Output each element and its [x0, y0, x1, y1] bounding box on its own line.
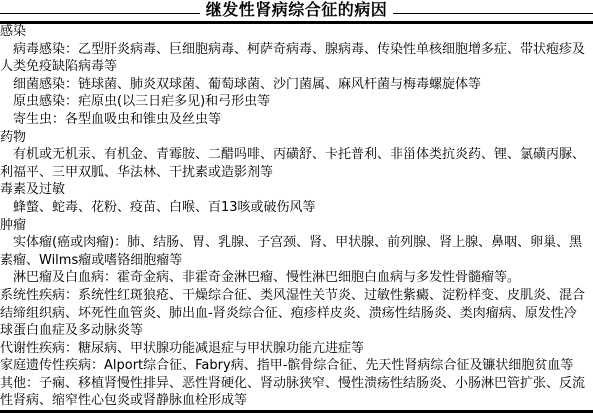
document-page: 继发性肾病综合征的病因 感染病毒感染：乙型肝炎病毒、巨细胞病毒、柯萨奇病毒、腺病… — [0, 0, 593, 417]
page-title: 继发性肾病综合征的病因 — [200, 0, 394, 19]
item-row: 病毒感染：乙型肝炎病毒、巨细胞病毒、柯萨奇病毒、腺病毒、传染性单核细胞增多症、带… — [0, 41, 593, 59]
item-row: 淋巴瘤及白血病：霍奇金病、非霍奇金淋巴瘤、慢性淋巴细胞白血病与多发性骨髓瘤等。 — [0, 269, 593, 287]
table-bottom-rule — [0, 410, 593, 413]
continuation-row: 素瘤、Wilms瘤或嗜铬细胞瘤等 — [0, 252, 593, 270]
section-header-row: 药物 — [0, 129, 593, 147]
continuation-row: 结缔组织病、坏死性血管炎、肺出血-肾炎综合征、疱疹样皮炎、溃疡性结肠炎、类肉瘤病… — [0, 305, 593, 323]
section-header-row: 感染 — [0, 23, 593, 41]
continuation-row: 性肾病、缩窄性心包炎或肾静脉血栓形成等 — [0, 392, 593, 410]
table-body: 感染病毒感染：乙型肝炎病毒、巨细胞病毒、柯萨奇病毒、腺病毒、传染性单核细胞增多症… — [0, 23, 593, 410]
section-header-row: 毒素及过敏 — [0, 181, 593, 199]
item-row: 细菌感染：链球菌、肺炎双球菌、葡萄球菌、沙门菌属、麻风杆菌与梅毒螺旋体等 — [0, 76, 593, 94]
continuation-row: 人类免疫缺陷病毒等 — [0, 58, 593, 76]
item-row: 代谢性疾病：糖尿病、甲状腺功能减退症与甲状腺功能亢进症等 — [0, 340, 593, 358]
item-row: 家庭遗传性疾病：Alport综合征、Fabry病、指甲-髌骨综合征、先天性肾病综… — [0, 357, 593, 375]
section-header-row: 肿瘤 — [0, 217, 593, 235]
continuation-row: 利福平、三甲双胍、华法林、干扰素或造影剂等 — [0, 164, 593, 182]
item-row: 原虫感染：疟原虫(以三日疟多见)和弓形虫等 — [0, 93, 593, 111]
item-row: 有机或无机汞、有机金、青霉胺、二醋吗啡、丙磺舒、卡托普利、非甾体类抗炎药、锂、氯… — [0, 146, 593, 164]
item-row: 其他：子痫、移植肾慢性排异、恶性肾硬化、肾动脉狭窄、慢性溃疡性结肠炎、小肠淋巴管… — [0, 375, 593, 393]
item-row: 实体瘤(癌或肉瘤)：肺、结肠、胃、乳腺、子宫颈、肾、甲状腺、前列腺、肾上腺、鼻咽… — [0, 234, 593, 252]
continuation-row: 球蛋白血症及多动脉炎等 — [0, 322, 593, 340]
item-row: 蜂螫、蛇毒、花粉、疫苗、白喉、百13咳或破伤风等 — [0, 199, 593, 217]
title-band: 继发性肾病综合征的病因 — [0, 0, 593, 19]
item-row: 系统性疾病：系统性红斑狼疮、干燥综合征、类风湿性关节炎、过敏性紫癜、淀粉样变、皮… — [0, 287, 593, 305]
table-top-rule — [0, 21, 593, 24]
item-row: 寄生虫：各型血吸虫和锥虫及丝虫等 — [0, 111, 593, 129]
